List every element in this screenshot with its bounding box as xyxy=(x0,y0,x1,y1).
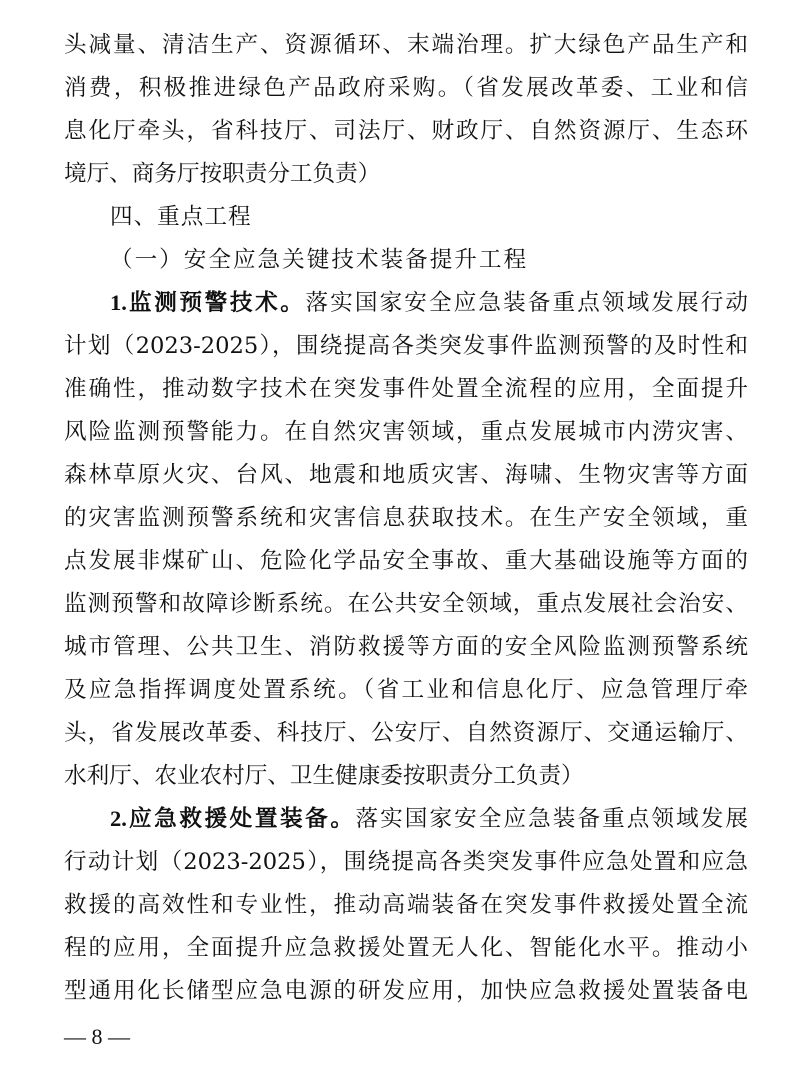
item1-first-line-text: 落实国家安全应急装备重点领域发展行动 xyxy=(305,290,748,316)
paragraph-line: 行动计划（2023-2025），围绕提高各类突发事件应急处置和应急 xyxy=(64,841,748,883)
paragraph-line: 境厅、商务厅按职责分工负责） xyxy=(64,153,748,195)
paragraph-line: 点发展非煤矿山、危险化学品安全事故、重大基础设施等方面的 xyxy=(64,540,748,582)
paragraph-line: 准确性，推动数字技术在突发事件处置全流程的应用，全面提升 xyxy=(64,368,748,410)
paragraph-line: 及应急指挥调度处置系统。（省工业和信息化厅、应急管理厅牵 xyxy=(64,669,748,711)
item2-number: 2. xyxy=(110,806,127,831)
paragraph-line: 头减量、清洁生产、资源循环、末端治理。扩大绿色产品生产和 xyxy=(64,24,748,66)
paragraph-line: 消费，积极推进绿色产品政府采购。（省发展改革委、工业和信 xyxy=(64,67,748,109)
paragraph-line: 息化厅牵头，省科技厅、司法厅、财政厅、自然资源厅、生态环 xyxy=(64,110,748,152)
paragraph-line: 城市管理、公共卫生、消防救援等方面的安全风险监测预警系统 xyxy=(64,626,748,668)
item2-first-line-text: 落实国家安全应急装备重点领域发展 xyxy=(355,806,748,832)
item1-title: 监测预警技术。 xyxy=(127,290,306,316)
paragraph-line: 监测预警和故障诊断系统。在公共安全领域，重点发展社会治安、 xyxy=(64,583,748,625)
item1-first-line: 1.监测预警技术。落实国家安全应急装备重点领域发展行动 xyxy=(110,282,748,324)
paragraph-line: 水利厅、农业农村厅、卫生健康委按职责分工负责） xyxy=(64,755,748,797)
section-heading: 四、重点工程 xyxy=(110,196,748,238)
paragraph-line: 头，省发展改革委、科技厅、公安厅、自然资源厅、交通运输厅、 xyxy=(64,712,748,754)
document-page: 头减量、清洁生产、资源循环、末端治理。扩大绿色产品生产和 消费，积极推进绿色产品… xyxy=(0,0,800,1077)
paragraph-line: 计划（2023-2025），围绕提高各类突发事件监测预警的及时性和 xyxy=(64,325,748,367)
paragraph-line: 程的应用，全面提升应急救援处置无人化、智能化水平。推动小 xyxy=(64,927,748,969)
paragraph-line: 森林草原火灾、台风、地震和地质灾害、海啸、生物灾害等方面 xyxy=(64,454,748,496)
paragraph-line: 型通用化长储型应急电源的研发应用，加快应急救援处置装备电 xyxy=(64,970,748,1012)
paragraph-line: 救援的高效性和专业性，推动高端装备在突发事件救援处置全流 xyxy=(64,884,748,926)
item1-number: 1. xyxy=(110,290,127,315)
paragraph-line: 的灾害监测预警系统和灾害信息获取技术。在生产安全领域，重 xyxy=(64,497,748,539)
paragraph-line: 风险监测预警能力。在自然灾害领域，重点发展城市内涝灾害、 xyxy=(64,411,748,453)
page-number: — 8 — xyxy=(64,1022,130,1052)
item2-first-line: 2.应急救援处置装备。落实国家安全应急装备重点领域发展 xyxy=(110,798,748,840)
item2-title: 应急救援处置装备。 xyxy=(127,806,356,832)
subsection-heading: （一）安全应急关键技术装备提升工程 xyxy=(110,239,794,281)
